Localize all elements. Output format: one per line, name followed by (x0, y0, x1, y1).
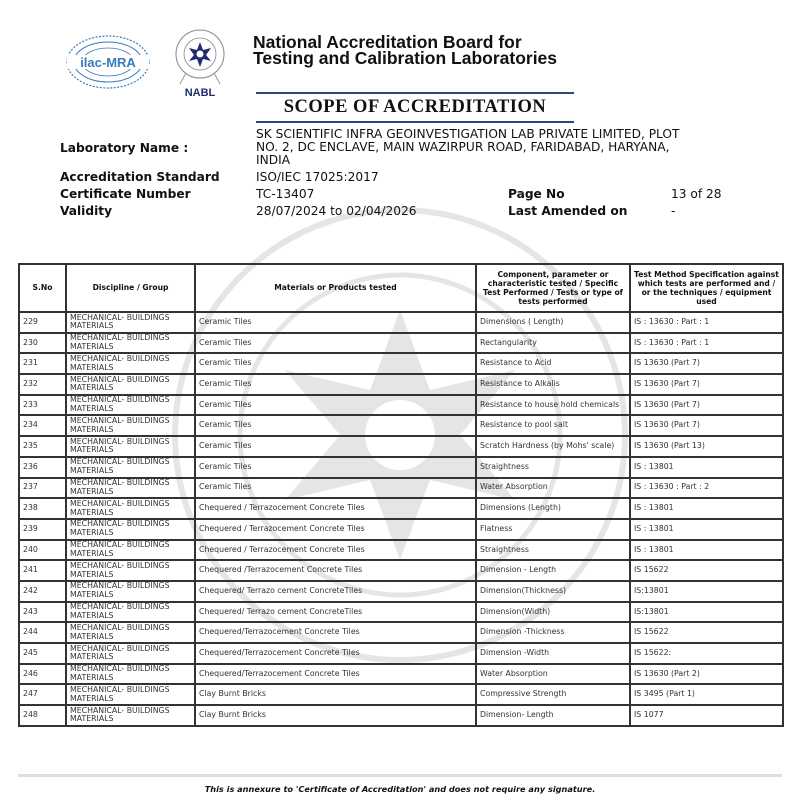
method-cell: IS:13801 (630, 581, 783, 602)
discipline-cell: MECHANICAL- BUILDINGS MATERIALS (66, 622, 195, 643)
header-test-method: Test Method Specification against which … (630, 264, 783, 312)
table-header-row: S.No Discipline / Group Materials or Pro… (19, 264, 783, 312)
table-row: 243MECHANICAL- BUILDINGS MATERIALSCheque… (19, 602, 783, 623)
test-cell: Dimension -Thickness (476, 622, 630, 643)
document-title: SCOPE OF ACCREDITATION (256, 94, 574, 121)
material-cell: Chequered/ Terrazo cement ConcreteTiles (195, 602, 476, 623)
discipline-cell: MECHANICAL- BUILDINGS MATERIALS (66, 498, 195, 519)
material-cell: Ceramic Tiles (195, 415, 476, 436)
test-cell: Dimension(Thickness) (476, 581, 630, 602)
material-cell: Chequered/Terrazocement Concrete Tiles (195, 664, 476, 685)
test-cell: Resistance to Acid (476, 353, 630, 374)
method-cell: IS 13630 (Part 13) (630, 436, 783, 457)
method-cell: IS 13630 (Part 7) (630, 374, 783, 395)
svg-text:ilac-MRA: ilac-MRA (80, 55, 136, 70)
validity-label: Validity (60, 204, 112, 218)
table-row: 231MECHANICAL- BUILDINGS MATERIALSCerami… (19, 353, 783, 374)
test-cell: Dimensions (Length) (476, 498, 630, 519)
method-cell: IS : 13630 : Part : 2 (630, 478, 783, 499)
discipline-cell: MECHANICAL- BUILDINGS MATERIALS (66, 374, 195, 395)
discipline-cell: MECHANICAL- BUILDINGS MATERIALS (66, 581, 195, 602)
lab-name-line2: NO. 2, DC ENCLAVE, MAIN WAZIRPUR ROAD, F… (256, 141, 679, 154)
method-cell: IS 13630 (Part 7) (630, 353, 783, 374)
method-cell: IS 3495 (Part 1) (630, 684, 783, 705)
logos: ilac-MRA NABL (65, 28, 245, 100)
table-row: 244MECHANICAL- BUILDINGS MATERIALSCheque… (19, 622, 783, 643)
header-discipline: Discipline / Group (66, 264, 195, 312)
sno-cell: 235 (19, 436, 66, 457)
test-cell: Straightness (476, 457, 630, 478)
test-cell: Water Absorption (476, 664, 630, 685)
table-row: 238MECHANICAL- BUILDINGS MATERIALSCheque… (19, 498, 783, 519)
test-cell: Rectangularity (476, 333, 630, 354)
test-cell: Dimension- Length (476, 705, 630, 726)
table-row: 241MECHANICAL- BUILDINGS MATERIALSCheque… (19, 560, 783, 581)
scope-table: S.No Discipline / Group Materials or Pro… (18, 263, 784, 727)
discipline-cell: MECHANICAL- BUILDINGS MATERIALS (66, 560, 195, 581)
method-cell: IS : 13801 (630, 498, 783, 519)
sno-cell: 246 (19, 664, 66, 685)
table-row: 247MECHANICAL- BUILDINGS MATERIALSClay B… (19, 684, 783, 705)
test-cell: Dimension(Width) (476, 602, 630, 623)
discipline-cell: MECHANICAL- BUILDINGS MATERIALS (66, 705, 195, 726)
table-row: 233MECHANICAL- BUILDINGS MATERIALSCerami… (19, 395, 783, 416)
material-cell: Ceramic Tiles (195, 353, 476, 374)
validity-value: 28/07/2024 to 02/04/2026 (256, 204, 416, 218)
material-cell: Ceramic Tiles (195, 457, 476, 478)
method-cell: IS : 13801 (630, 519, 783, 540)
discipline-cell: MECHANICAL- BUILDINGS MATERIALS (66, 457, 195, 478)
discipline-cell: MECHANICAL- BUILDINGS MATERIALS (66, 643, 195, 664)
discipline-cell: MECHANICAL- BUILDINGS MATERIALS (66, 436, 195, 457)
test-cell: Flatness (476, 519, 630, 540)
method-cell: IS 15622 (630, 560, 783, 581)
material-cell: Chequered /Terrazocement Concrete Tiles (195, 560, 476, 581)
amended-value: - (671, 204, 675, 218)
method-cell: IS 13630 (Part 7) (630, 395, 783, 416)
method-cell: IS : 13801 (630, 540, 783, 561)
material-cell: Chequered/Terrazocement Concrete Tiles (195, 622, 476, 643)
method-cell: IS:13801 (630, 602, 783, 623)
test-cell: Compressive Strength (476, 684, 630, 705)
discipline-cell: MECHANICAL- BUILDINGS MATERIALS (66, 519, 195, 540)
table-row: 235MECHANICAL- BUILDINGS MATERIALSCerami… (19, 436, 783, 457)
discipline-cell: MECHANICAL- BUILDINGS MATERIALS (66, 353, 195, 374)
material-cell: Chequered/ Terrazo cement ConcreteTiles (195, 581, 476, 602)
sno-cell: 229 (19, 312, 66, 333)
method-cell: IS : 13630 : Part : 1 (630, 333, 783, 354)
test-cell: Scratch Hardness (by Mohs' scale) (476, 436, 630, 457)
sno-cell: 248 (19, 705, 66, 726)
footer-divider (18, 774, 782, 777)
standard-value: ISO/IEC 17025:2017 (256, 170, 379, 184)
sno-cell: 236 (19, 457, 66, 478)
certificate-label: Certificate Number (60, 187, 191, 201)
header-sno: S.No (19, 264, 66, 312)
test-cell: Dimension - Length (476, 560, 630, 581)
sno-cell: 234 (19, 415, 66, 436)
lab-name-label: Laboratory Name : (60, 141, 188, 155)
discipline-cell: MECHANICAL- BUILDINGS MATERIALS (66, 684, 195, 705)
sno-cell: 240 (19, 540, 66, 561)
method-cell: IS 15622 (630, 622, 783, 643)
discipline-cell: MECHANICAL- BUILDINGS MATERIALS (66, 664, 195, 685)
material-cell: Chequered / Terrazocement Concrete Tiles (195, 540, 476, 561)
board-title-line2: Testing and Calibration Laboratories (253, 50, 557, 66)
method-cell: IS 13630 (Part 7) (630, 415, 783, 436)
table-body: 229MECHANICAL- BUILDINGS MATERIALSCerami… (19, 312, 783, 726)
test-cell: Dimensions ( Length) (476, 312, 630, 333)
sno-cell: 237 (19, 478, 66, 499)
material-cell: Ceramic Tiles (195, 478, 476, 499)
table-row: 239MECHANICAL- BUILDINGS MATERIALSCheque… (19, 519, 783, 540)
material-cell: Ceramic Tiles (195, 395, 476, 416)
material-cell: Ceramic Tiles (195, 333, 476, 354)
material-cell: Ceramic Tiles (195, 436, 476, 457)
test-cell: Resistance to Alkalis (476, 374, 630, 395)
discipline-cell: MECHANICAL- BUILDINGS MATERIALS (66, 312, 195, 333)
method-cell: IS : 13630 : Part : 1 (630, 312, 783, 333)
ilac-mra-logo: ilac-MRA (65, 34, 151, 90)
table-row: 234MECHANICAL- BUILDINGS MATERIALSCerami… (19, 415, 783, 436)
sno-cell: 232 (19, 374, 66, 395)
sno-cell: 238 (19, 498, 66, 519)
nabl-logo: NABL (170, 28, 230, 100)
method-cell: IS 13630 (Part 2) (630, 664, 783, 685)
sno-cell: 244 (19, 622, 66, 643)
header-materials: Materials or Products tested (195, 264, 476, 312)
document-title-box: SCOPE OF ACCREDITATION (256, 92, 574, 123)
table-row: 248MECHANICAL- BUILDINGS MATERIALSClay B… (19, 705, 783, 726)
material-cell: Clay Burnt Bricks (195, 705, 476, 726)
footer-note: This is annexure to 'Certificate of Accr… (0, 784, 800, 794)
sno-cell: 239 (19, 519, 66, 540)
material-cell: Ceramic Tiles (195, 312, 476, 333)
table-row: 245MECHANICAL- BUILDINGS MATERIALSCheque… (19, 643, 783, 664)
table-row: 240MECHANICAL- BUILDINGS MATERIALSCheque… (19, 540, 783, 561)
material-cell: Ceramic Tiles (195, 374, 476, 395)
test-cell: Resistance to house hold chemicals (476, 395, 630, 416)
table-row: 236MECHANICAL- BUILDINGS MATERIALSCerami… (19, 457, 783, 478)
page-value: 13 of 28 (671, 187, 722, 201)
sno-cell: 230 (19, 333, 66, 354)
sno-cell: 242 (19, 581, 66, 602)
discipline-cell: MECHANICAL- BUILDINGS MATERIALS (66, 395, 195, 416)
board-title: National Accreditation Board for Testing… (253, 34, 557, 66)
material-cell: Chequered/Terrazocement Concrete Tiles (195, 643, 476, 664)
certificate-value: TC-13407 (256, 187, 314, 201)
lab-name-line3: INDIA (256, 154, 679, 167)
table-row: 246MECHANICAL- BUILDINGS MATERIALSCheque… (19, 664, 783, 685)
discipline-cell: MECHANICAL- BUILDINGS MATERIALS (66, 478, 195, 499)
discipline-cell: MECHANICAL- BUILDINGS MATERIALS (66, 415, 195, 436)
discipline-cell: MECHANICAL- BUILDINGS MATERIALS (66, 602, 195, 623)
sno-cell: 233 (19, 395, 66, 416)
sno-cell: 243 (19, 602, 66, 623)
method-cell: IS 15622: (630, 643, 783, 664)
test-cell: Dimension -Width (476, 643, 630, 664)
test-cell: Resistance to pool salt (476, 415, 630, 436)
amended-label: Last Amended on (508, 204, 627, 218)
sno-cell: 241 (19, 560, 66, 581)
lab-name-value: SK SCIENTIFIC INFRA GEOINVESTIGATION LAB… (256, 128, 679, 168)
sno-cell: 247 (19, 684, 66, 705)
standard-label: Accreditation Standard (60, 170, 220, 184)
table-row: 242MECHANICAL- BUILDINGS MATERIALSCheque… (19, 581, 783, 602)
material-cell: Chequered / Terrazocement Concrete Tiles (195, 498, 476, 519)
page-label: Page No (508, 187, 565, 201)
test-cell: Water Absorption (476, 478, 630, 499)
table-row: 229MECHANICAL- BUILDINGS MATERIALSCerami… (19, 312, 783, 333)
material-cell: Chequered / Terrazocement Concrete Tiles (195, 519, 476, 540)
table-row: 237MECHANICAL- BUILDINGS MATERIALSCerami… (19, 478, 783, 499)
table-row: 232MECHANICAL- BUILDINGS MATERIALSCerami… (19, 374, 783, 395)
method-cell: IS : 13801 (630, 457, 783, 478)
header-component: Component, parameter or characteristic t… (476, 264, 630, 312)
sno-cell: 231 (19, 353, 66, 374)
discipline-cell: MECHANICAL- BUILDINGS MATERIALS (66, 333, 195, 354)
discipline-cell: MECHANICAL- BUILDINGS MATERIALS (66, 540, 195, 561)
test-cell: Straightness (476, 540, 630, 561)
svg-text:NABL: NABL (185, 87, 216, 99)
sno-cell: 245 (19, 643, 66, 664)
table-row: 230MECHANICAL- BUILDINGS MATERIALSCerami… (19, 333, 783, 354)
method-cell: IS 1077 (630, 705, 783, 726)
material-cell: Clay Burnt Bricks (195, 684, 476, 705)
